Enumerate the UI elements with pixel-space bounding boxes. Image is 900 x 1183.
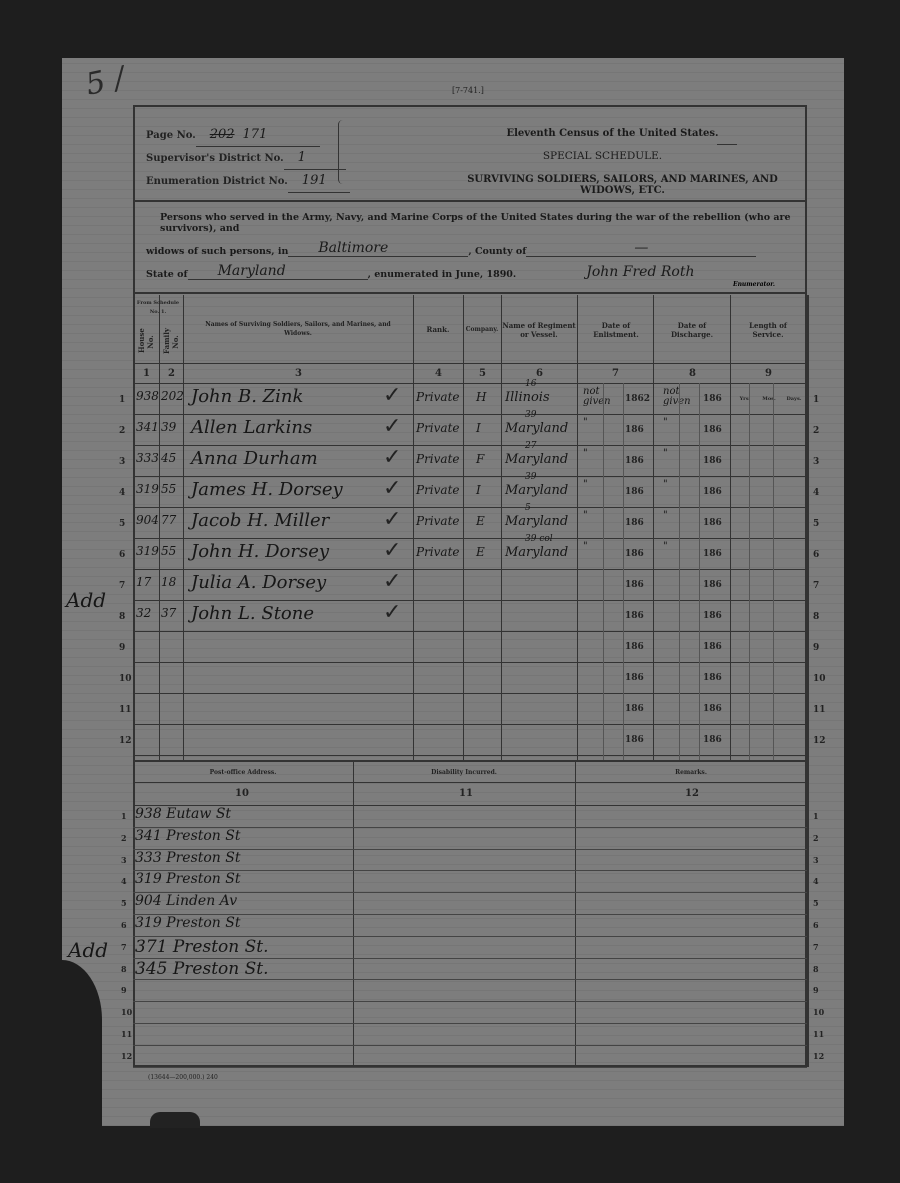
from-schedule-header: From Schedule No. 1. (133, 299, 183, 317)
row-line-number: 11 (119, 705, 132, 715)
address-line-number-right: 11 (813, 1029, 824, 1039)
col-num-6: 6 (536, 368, 543, 379)
house-no: 319 (136, 482, 159, 496)
col-num-4: 4 (435, 368, 442, 379)
address-line-number-right: 5 (813, 898, 819, 908)
intro: Persons who served in the Army, Navy, an… (146, 212, 801, 280)
soldier-name: Jacob H. Miller (191, 510, 329, 531)
row-line-number-right: 8 (813, 612, 819, 622)
rank: Private (416, 545, 460, 559)
family-no: 77 (161, 513, 176, 527)
post-office-address: 333 Preston St (135, 850, 241, 866)
enumeration-label: Enumeration District No. (146, 171, 288, 193)
row-line-number-right: 2 (813, 426, 819, 436)
house-no: 341 (136, 420, 159, 434)
row-line-number: 9 (119, 643, 125, 653)
address-line-number: 10 (121, 1007, 132, 1017)
add-note-lower: Add (68, 938, 108, 962)
check-mark-icon: ✓ (383, 445, 401, 470)
enlistment-year: 186 (625, 580, 644, 590)
regiment: Maryland (505, 545, 568, 560)
row-line-number: 4 (119, 488, 125, 498)
row-line-number: 2 (119, 426, 125, 436)
enlistment-header: Date of Enlistment. (591, 321, 641, 339)
address-line-number-right: 6 (813, 920, 819, 930)
address-line-number-right: 4 (813, 876, 819, 886)
address-line-number: 5 (121, 898, 127, 908)
post-office-address: 371 Preston St. (135, 937, 269, 957)
schedule-title: SPECIAL SCHEDULE. (400, 150, 805, 162)
family-no-header: Family No. (162, 330, 180, 354)
discharge-year: 186 (703, 611, 722, 621)
census-title: Eleventh Census of the United States. (400, 128, 825, 139)
house-no: 319 (136, 544, 159, 558)
supervisor-value: 1 (284, 147, 346, 170)
enumerator-value: John Fred Roth (556, 264, 786, 280)
check-mark-icon: ✓ (383, 476, 401, 501)
check-mark-icon: ✓ (383, 507, 401, 532)
row-line-number: 5 (119, 519, 125, 529)
mos-header: Mos. (759, 395, 779, 404)
family-no: 18 (161, 575, 176, 589)
family-no: 202 (161, 389, 184, 403)
row-line-number-right: 6 (813, 550, 819, 560)
enlistment-year: 186 (625, 735, 644, 745)
company: I (476, 421, 481, 435)
intro-text: Persons who served in the Army, Navy, an… (146, 212, 801, 234)
house-no: 32 (136, 606, 151, 620)
check-mark-icon: ✓ (383, 383, 401, 408)
enlistment-year: 186 (625, 673, 644, 683)
enumerator-label: Enumerator. (733, 281, 775, 288)
regiment: Maryland (505, 452, 568, 467)
schedule-subtitle: SURVIVING SOLDIERS, SAILORS, AND MARINES… (440, 174, 805, 196)
discharge-year: 186 (703, 580, 722, 590)
discharge-year: 186 (703, 487, 722, 497)
row-line-number-right: 4 (813, 488, 819, 498)
address-line-number-right: 7 (813, 942, 819, 952)
row-line-number-right: 3 (813, 457, 819, 467)
discharge-year: 186 (703, 394, 722, 404)
row-line-number: 10 (119, 674, 132, 684)
row-line-number: 3 (119, 457, 125, 467)
post-office-address: 938 Eutaw St (135, 806, 231, 822)
discharge-year: 186 (703, 518, 722, 528)
names-header: Names of Surviving Soldiers, Sailors, an… (198, 320, 398, 338)
address-line-number: 8 (121, 964, 127, 974)
post-office-address: 904 Linden Av (135, 893, 237, 909)
check-mark-icon: ✓ (383, 538, 401, 563)
house-no: 333 (136, 451, 159, 465)
service-header: Length of Service. (743, 321, 793, 339)
family-no: 37 (161, 606, 176, 620)
discharge-day: " (663, 542, 703, 552)
address-line-number-right: 9 (813, 985, 819, 995)
discharge-year: 186 (703, 735, 722, 745)
row-line-number: 7 (119, 581, 125, 591)
state-value: Maryland (188, 263, 368, 280)
address-line-number-right: 10 (813, 1007, 824, 1017)
address-line-number: 6 (121, 920, 127, 930)
rank: Private (416, 452, 460, 466)
check-mark-icon: ✓ (383, 414, 401, 439)
col-num-3: 3 (295, 368, 302, 379)
enumerated-text: , enumerated in June, 1890. (368, 269, 517, 280)
address-line-number-right: 1 (813, 811, 819, 821)
remarks-header: Remarks. (575, 768, 807, 777)
address-table: Post-office Address. Disability Incurred… (133, 760, 807, 1067)
col-num-2: 2 (168, 368, 175, 379)
discharge-year: 186 (703, 549, 722, 559)
rank: Private (416, 390, 460, 404)
discharge-day: not given (663, 387, 703, 407)
county-value: — (526, 240, 756, 257)
enlistment-year: 186 (625, 549, 644, 559)
soldier-name: John L. Stone (191, 603, 314, 624)
address-line-number-right: 3 (813, 855, 819, 865)
family-no: 55 (161, 482, 176, 496)
regiment-number: 5 (525, 503, 531, 513)
enlistment-year: 186 (625, 518, 644, 528)
regiment: Illinois (505, 390, 550, 405)
row-line-number-right: 7 (813, 581, 819, 591)
rank: Private (416, 421, 460, 435)
yrs-header: Yrs. (735, 395, 755, 404)
company-header: Company. (463, 325, 501, 334)
post-office-address: 319 Preston St (135, 915, 241, 931)
disability-header: Disability Incurred. (353, 768, 575, 777)
address-line-number: 1 (121, 811, 127, 821)
regiment: Maryland (505, 483, 568, 498)
regiment-number: 27 (525, 441, 536, 451)
col-num-12: 12 (685, 788, 699, 799)
discharge-year: 186 (703, 642, 722, 652)
soldier-name: John B. Zink (191, 386, 303, 407)
regiment-number: 39 (525, 472, 536, 482)
post-office-address: 345 Preston St. (135, 959, 269, 979)
address-line-number-right: 2 (813, 833, 819, 843)
soldier-name: John H. Dorsey (191, 541, 329, 562)
company: F (476, 452, 484, 466)
form-number: [7-741.] (452, 86, 484, 95)
rank-header: Rank. (413, 325, 463, 334)
house-no: 904 (136, 513, 159, 527)
check-mark-icon: ✓ (383, 600, 401, 625)
address-line-number: 4 (121, 876, 127, 886)
col-num-11: 11 (459, 788, 473, 799)
house-no: 938 (136, 389, 159, 403)
row-line-number: 1 (119, 395, 125, 405)
row-line-number-right: 5 (813, 519, 819, 529)
address-line-number-right: 8 (813, 964, 819, 974)
discharge-day: " (663, 480, 703, 490)
regiment-number: 16 (525, 379, 536, 389)
company: I (476, 483, 481, 497)
company: E (476, 545, 485, 559)
enlistment-year: 186 (625, 425, 644, 435)
rank: Private (416, 483, 460, 497)
soldiers-table: From Schedule No. 1. House No. Family No… (133, 295, 807, 760)
post-office-address: 341 Preston St (135, 828, 241, 844)
enlistment-year: 186 (625, 611, 644, 621)
add-note-upper: Add (66, 588, 106, 612)
company: E (476, 514, 485, 528)
brace (338, 120, 347, 184)
enlistment-year: 186 (625, 456, 644, 466)
supervisor-label: Supervisor's District No. (146, 148, 284, 170)
col-num-8: 8 (689, 368, 696, 379)
post-office-address: 319 Preston St (135, 871, 241, 887)
discharge-year: 186 (703, 425, 722, 435)
address-line-number-right: 12 (813, 1051, 824, 1061)
regiment-number: 39 (525, 410, 536, 420)
header-titles: Eleventh Census of the United States. SP… (400, 128, 805, 196)
row-line-number-right: 12 (813, 736, 826, 746)
col-num-7: 7 (612, 368, 619, 379)
check-mark-icon: ✓ (383, 569, 401, 594)
address-line-number: 2 (121, 833, 127, 843)
rank: Private (416, 514, 460, 528)
post-office-header: Post-office Address. (133, 768, 353, 777)
intro-prefix: widows of such persons, in (146, 246, 288, 257)
discharge-day: " (663, 511, 703, 521)
row-line-number: 12 (119, 736, 132, 746)
family-no: 55 (161, 544, 176, 558)
house-no-header: House No. (137, 331, 155, 353)
address-line-number: 9 (121, 985, 127, 995)
print-footer: (13644—200,000.) 240 (148, 1074, 218, 1081)
place-value: Baltimore (288, 240, 468, 257)
ink-blot (150, 1112, 200, 1128)
row-line-number-right: 1 (813, 395, 819, 405)
address-line-number: 7 (121, 942, 127, 952)
regiment-number: 39 col (525, 534, 553, 544)
enlistment-year: 186 (625, 704, 644, 714)
soldier-name: Julia A. Dorsey (191, 572, 326, 593)
discharge-year: 186 (703, 704, 722, 714)
enlistment-year: 186 (625, 642, 644, 652)
enlistment-year: 1862 (625, 394, 650, 404)
page-no-value: 202171 (196, 124, 320, 147)
soldier-name: James H. Dorsey (191, 479, 343, 500)
row-line-number-right: 10 (813, 674, 826, 684)
col-num-1: 1 (143, 368, 150, 379)
soldier-name: Allen Larkins (191, 417, 312, 438)
address-line-number: 12 (121, 1051, 132, 1061)
row-line-number-right: 11 (813, 705, 826, 715)
discharge-day: " (663, 449, 703, 459)
discharge-header: Date of Discharge. (667, 321, 717, 339)
discharge-year: 186 (703, 456, 722, 466)
days-header: Days. (783, 395, 805, 404)
row-line-number: 6 (119, 550, 125, 560)
row-line-number-right: 9 (813, 643, 819, 653)
family-no: 39 (161, 420, 176, 434)
family-no: 45 (161, 451, 176, 465)
row-line-number: 8 (119, 612, 125, 622)
state-label: State of (146, 269, 188, 280)
address-line-number: 11 (121, 1029, 132, 1039)
discharge-day: " (663, 418, 703, 428)
soldier-name: Anna Durham (191, 448, 318, 469)
header-fields: Page No. 202171 Supervisor's District No… (146, 124, 350, 193)
discharge-year: 186 (703, 673, 722, 683)
regiment: Maryland (505, 514, 568, 529)
page-no-label: Page No. (146, 125, 196, 147)
enlistment-year: 186 (625, 487, 644, 497)
county-label: , County of (468, 246, 526, 257)
regiment-header: Name of Regiment or Vessel. (501, 321, 577, 339)
address-line-number: 3 (121, 855, 127, 865)
company: H (476, 390, 486, 404)
col-num-9: 9 (765, 368, 772, 379)
col-num-5: 5 (479, 368, 486, 379)
col-num-10: 10 (235, 788, 249, 799)
house-no: 17 (136, 575, 151, 589)
regiment: Maryland (505, 421, 568, 436)
